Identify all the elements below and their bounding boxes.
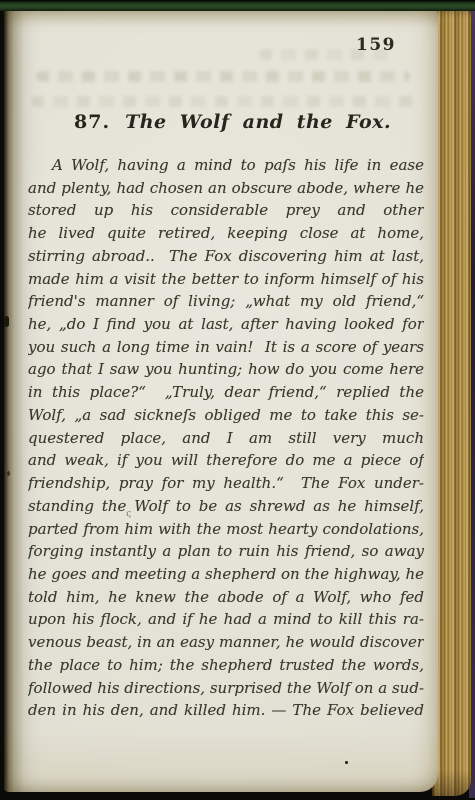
fable-heading: 87.The Wolf and the Fox. [74, 111, 391, 133]
text-line: made him a visit the better to inform hi… [28, 268, 424, 291]
text-line: friend's manner of living; „what my old … [28, 290, 424, 313]
text-line: and weak, if you will therefore do me a … [28, 449, 424, 472]
showthrough-text [36, 71, 410, 82]
text-line: friendship, pray for my health.“ The Fox… [28, 472, 424, 495]
binding-cloth-top [0, 0, 475, 11]
text-line: followed his directions, surprised the W… [28, 677, 424, 700]
text-line: forging instantly a plan to ruin his fri… [28, 540, 424, 563]
spine-gutter-shadow [4, 8, 24, 792]
text-line: you such a long time in vain! It is a sc… [28, 336, 424, 359]
book-page: 159 87.The Wolf and the Fox. A Wolf, hav… [4, 8, 438, 792]
text-line: he, „do I find you at last, after having… [28, 313, 424, 336]
showthrough-text [31, 96, 417, 107]
text-line: he goes and meeting a shepherd on the hi… [28, 563, 424, 586]
text-line: stirring abroad.. The Fox discovering hi… [28, 245, 424, 268]
page-speck [345, 761, 348, 764]
text-line: ago that I saw you hunting; how do you c… [28, 358, 424, 381]
text-line: upon his flock, and if he had a mind to … [28, 608, 424, 631]
text-line: the place to him; the shepherd trusted t… [28, 654, 424, 677]
page-speck [7, 471, 10, 476]
text-line: standing the Wolf to be as shrewd as he … [28, 495, 424, 518]
fable-title: The Wolf and the Fox. [125, 111, 391, 133]
text-line: parted from him with the most hearty con… [28, 518, 424, 541]
text-line: den in his den, and killed him. — The Fo… [28, 699, 424, 722]
text-line: told him, he knew the abode of a Wolf, w… [28, 586, 424, 609]
text-line: and plenty, had chosen an obscure abode,… [28, 177, 424, 200]
text-line: venous beast, in an easy manner, he woul… [28, 631, 424, 654]
page-speck [4, 316, 9, 327]
book-photograph: 159 87.The Wolf and the Fox. A Wolf, hav… [0, 0, 475, 800]
text-line: A Wolf, having a mind to paſs his life i… [28, 154, 424, 177]
fable-body-text: A Wolf, having a mind to paſs his life i… [28, 154, 424, 722]
text-line: questered place, and I am still very muc… [28, 427, 424, 450]
text-line: Wolf, „a sad sickneſs obliged me to take… [28, 404, 424, 427]
text-line: in this place?“ „Truly, dear friend,“ re… [28, 381, 424, 404]
text-line: he lived quite retired, keeping close at… [28, 222, 424, 245]
fable-number: 87. [74, 111, 110, 133]
page-number: 159 [356, 35, 396, 55]
text-line: stored up his considerable prey and othe… [28, 199, 424, 222]
